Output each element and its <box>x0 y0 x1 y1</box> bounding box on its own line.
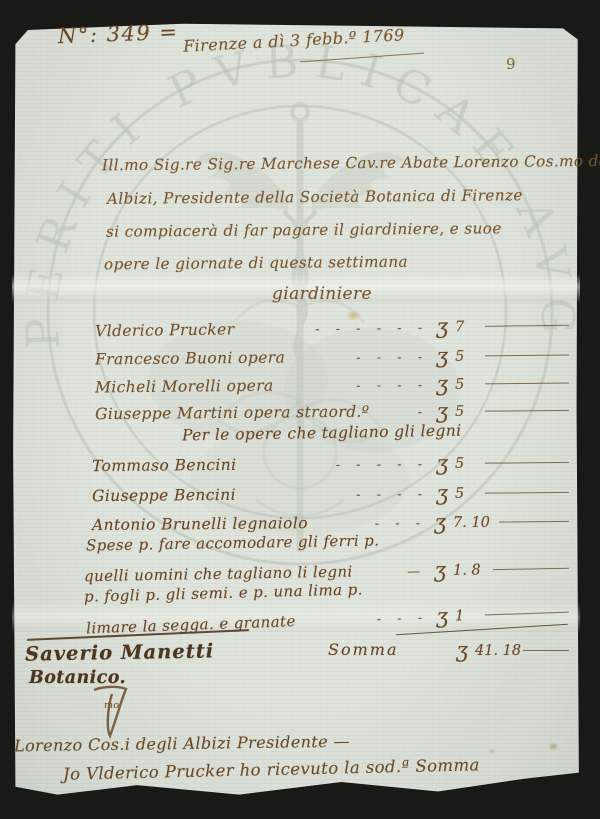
salutation-line: si compiacerà di far pagare il giardinie… <box>106 219 502 240</box>
signature-name: Saverio Manetti <box>25 639 215 665</box>
salutation-line: opere le giornate di questa settimana <box>104 253 408 274</box>
amount: 5 <box>455 486 485 502</box>
amount: 5 <box>455 456 485 472</box>
amount: 1 <box>455 608 486 625</box>
worker-name: Giuseppe Martini opera straord.º <box>95 403 370 423</box>
leader-dashes: - - - - <box>285 350 436 367</box>
amount: 7. 10 <box>453 515 499 531</box>
amount: 5 <box>455 348 485 364</box>
worker-name: Antonio Brunelli legnaiolo <box>92 514 308 534</box>
paraph-flourish <box>88 684 132 742</box>
currency-symbol: ʒ <box>436 451 448 475</box>
rule-line <box>485 381 569 385</box>
account-row: Giuseppe Martini opera straord.º - ʒ 5 <box>95 396 569 424</box>
currency-symbol: ʒ <box>436 481 448 505</box>
paraph-superscript: mo <box>104 700 120 711</box>
worker-name: Tommaso Bencini <box>92 456 237 475</box>
amount: 1. 8 <box>453 562 493 579</box>
rule-line <box>485 460 569 464</box>
salutation-line: Albizi, Presidente della Società Botanic… <box>107 186 523 208</box>
somma-amount: 41. 18 <box>475 643 523 659</box>
account-row: Giuseppe Bencini - - - - ʒ 5 <box>92 478 569 506</box>
rule-line <box>485 490 569 494</box>
rule-line <box>485 353 569 357</box>
rule-line <box>493 566 569 570</box>
currency-symbol: ʒ <box>434 558 446 582</box>
amount: 5 <box>455 404 485 420</box>
currency-symbol: ʒ <box>436 399 448 423</box>
rule-line <box>499 519 569 523</box>
rule-line <box>523 648 569 651</box>
leader-dashes: - <box>369 405 436 421</box>
rule-line <box>485 323 569 327</box>
leader-dashes: - - - - - <box>236 457 436 474</box>
amount: 5 <box>455 376 485 392</box>
currency-symbol: ʒ <box>456 638 468 662</box>
account-row: Tommaso Bencini - - - - - ʒ 5 <box>92 448 569 476</box>
worker-name: Micheli Morelli opera <box>95 377 274 397</box>
leader-dashes: — <box>353 564 435 580</box>
currency-symbol: ʒ <box>434 510 446 534</box>
leader-dashes: - - - - <box>236 487 436 504</box>
section1-title: giardiniere <box>272 284 372 304</box>
worker-name: Giuseppe Bencini <box>92 486 236 505</box>
rule-line <box>485 610 569 616</box>
worker-name: Francesco Buoni opera <box>95 348 285 368</box>
account-row: Antonio Brunelli legnaiolo - - - ʒ 7. 10 <box>92 507 569 535</box>
document-stage: PERITI PVBLICAE AVG N°: 349 = Firenze a … <box>0 0 600 819</box>
document-number: N°: 349 = <box>58 20 179 48</box>
worker-name: Vlderico Prucker <box>95 320 235 340</box>
leader-dashes: - - - - - - <box>234 321 436 339</box>
leader-dashes: - - - - <box>274 378 437 395</box>
rule-line <box>485 408 569 412</box>
account-row: Micheli Morelli opera - - - - ʒ 5 <box>95 369 569 398</box>
page-number: 9 <box>506 55 516 73</box>
currency-symbol: ʒ <box>436 372 448 396</box>
amount: 7 <box>455 319 485 335</box>
leader-dashes: - - - <box>308 516 434 532</box>
somma-row: Somma ʒ 41. 18 <box>328 636 569 660</box>
currency-symbol: ʒ <box>436 344 448 368</box>
account-row: Francesco Buoni opera - - - - ʒ 5 <box>95 341 569 370</box>
somma-label: Somma <box>328 640 398 659</box>
currency-symbol: ʒ <box>436 314 448 338</box>
currency-symbol: ʒ <box>436 604 449 628</box>
